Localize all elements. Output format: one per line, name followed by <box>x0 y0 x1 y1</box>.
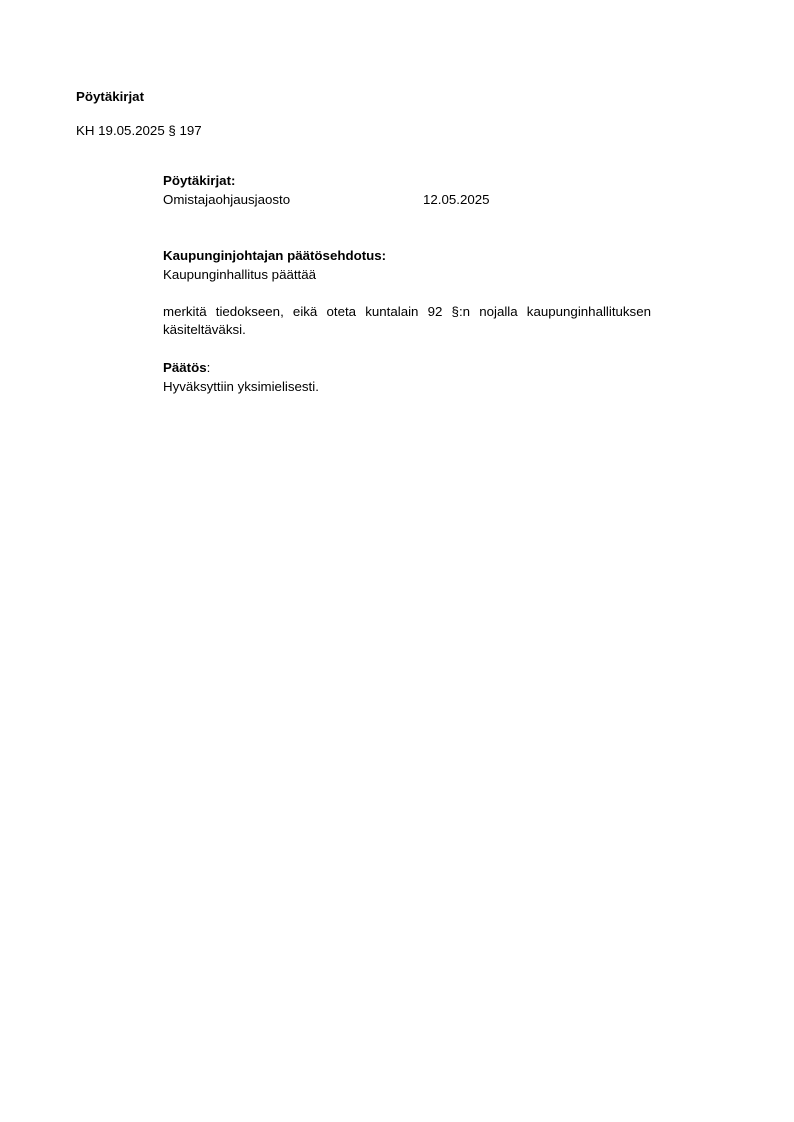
decision-heading-suffix: : <box>207 360 211 375</box>
document-title: Pöytäkirjat <box>76 88 144 106</box>
decision-text: Hyväksyttiin yksimielisesti. <box>163 378 319 396</box>
minutes-organ: Omistajaohjausjaosto <box>163 191 290 209</box>
proposal-heading: Kaupunginjohtajan päätösehdotus: <box>163 247 386 265</box>
minutes-row: Omistajaohjausjaosto 12.05.2025 <box>163 191 503 209</box>
minutes-date: 12.05.2025 <box>423 191 490 209</box>
decision-heading-label: Päätös <box>163 360 207 375</box>
minutes-heading: Pöytäkirjat: <box>163 172 235 190</box>
decision-heading: Päätös: <box>163 359 210 377</box>
meeting-reference: KH 19.05.2025 § 197 <box>76 122 202 140</box>
proposal-intro: Kaupunginhallitus päättää <box>163 266 316 284</box>
proposal-body: merkitä tiedokseen, eikä oteta kuntalain… <box>163 303 651 339</box>
